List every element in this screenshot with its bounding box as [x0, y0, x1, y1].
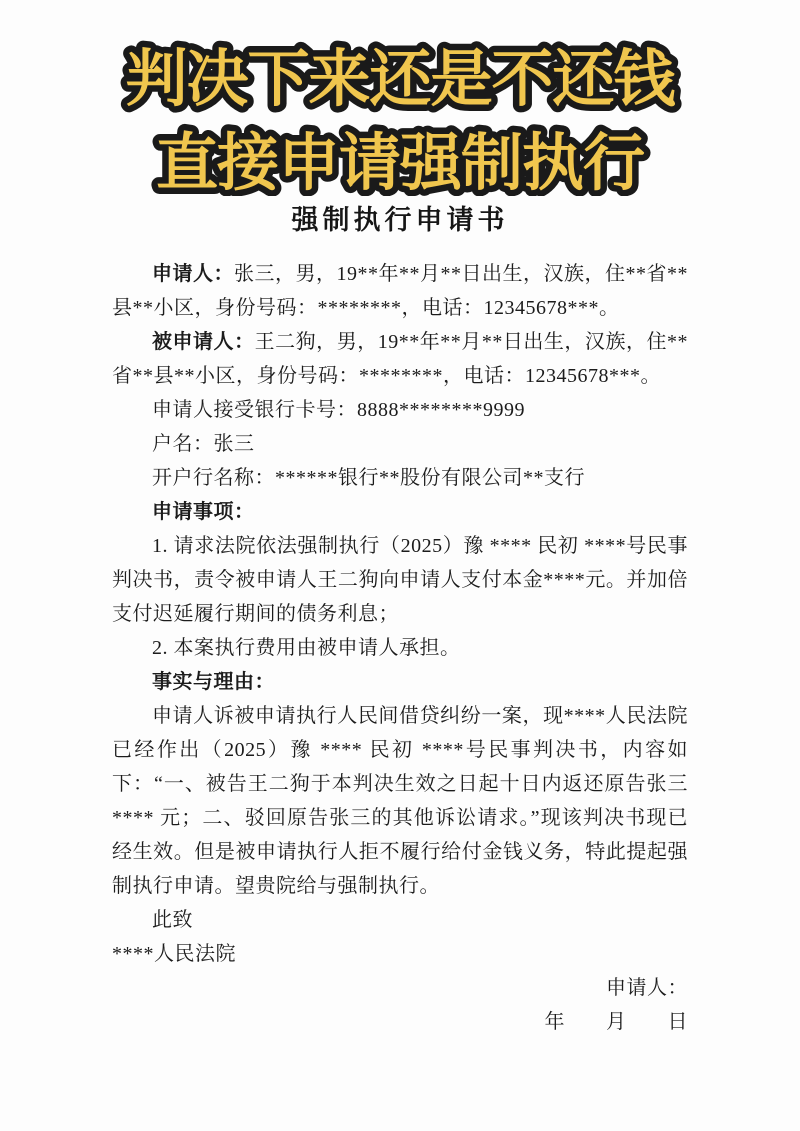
- banner-headline: 判决下来还是不还钱 直接申请强制执行: [0, 0, 800, 196]
- banner-line-2: 直接申请强制执行: [156, 129, 645, 196]
- signature-date-line: 年 月 日: [112, 1005, 688, 1039]
- request-item-2: 2. 本案执行费用由被申请人承担。: [112, 631, 688, 665]
- closing-salute: 此致: [112, 903, 688, 937]
- banner-line-1: 判决下来还是不还钱: [125, 45, 676, 114]
- banner-headline-art: 判决下来还是不还钱 直接申请强制执行: [0, 12, 800, 196]
- respondent-label: 被申请人：: [152, 331, 255, 353]
- bank-card-line: 申请人接受银行卡号：8888********9999: [112, 393, 688, 427]
- applicant-paragraph: 申请人：张三，男，19**年**月**日出生，汉族，住**省**县**小区，身份…: [112, 257, 688, 325]
- request-item-1: 1. 请求法院依法强制执行（2025）豫 **** 民初 ****号民事判决书，…: [112, 529, 688, 631]
- facts-heading: 事实与理由：: [112, 665, 688, 699]
- request-heading: 申请事项：: [112, 495, 688, 529]
- document-body: 申请人：张三，男，19**年**月**日出生，汉族，住**省**县**小区，身份…: [112, 257, 688, 1039]
- respondent-paragraph: 被申请人：王二狗，男，19**年**月**日出生，汉族，住**省**县**小区，…: [112, 325, 688, 393]
- bank-branch-line: 开户行名称：******银行**股份有限公司**支行: [112, 461, 688, 495]
- signature-applicant-label: 申请人：: [112, 971, 688, 1005]
- document-title: 强制执行申请书: [0, 200, 800, 240]
- facts-paragraph: 申请人诉被申请执行人民间借贷纠纷一案，现****人民法院已经作出（2025）豫 …: [112, 699, 688, 903]
- closing-court: ****人民法院: [112, 937, 688, 971]
- enforcement-application-page: 判决下来还是不还钱 直接申请强制执行 强制执行申请书 申请人：张三，男，19**…: [0, 0, 800, 1131]
- applicant-label: 申请人：: [152, 263, 234, 285]
- account-name-line: 户名：张三: [112, 427, 688, 461]
